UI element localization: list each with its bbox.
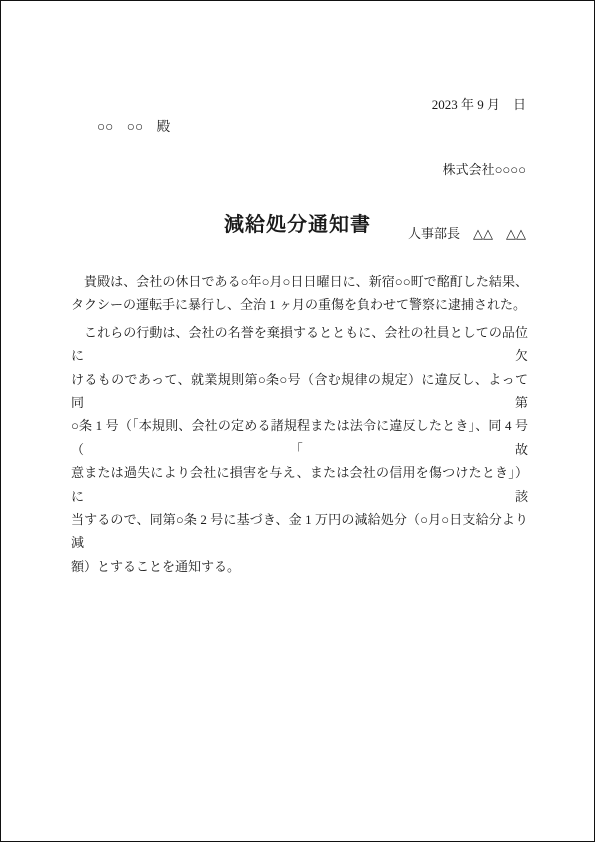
body-text-line: 額）とすることを通知する。 — [71, 555, 528, 578]
body-text-line: ○条 1 号（「本規則、会社の定める諸規程または法令に違反したとき」、同 4 号… — [71, 414, 528, 461]
recipient-line: ○○ ○○ 殿 — [97, 119, 170, 134]
body-text-line: 貴殿は、会社の休日である○年○月○日日曜日に、新宿○○町で酩酊した結果、 — [71, 270, 528, 293]
body-text-line: これらの行動は、会社の名誉を棄損するとともに、会社の社員としての品位に欠 — [71, 321, 528, 368]
document-title: 減給処分通知書 — [1, 211, 594, 239]
body-text-line: 意または過失により会社に損害を与え、または会社の信用を傷つけたとき」）に該 — [71, 461, 528, 508]
company-name-line: 株式会社○○○○ — [408, 159, 526, 181]
body-text-line: けるものであって、就業規則第○条○号（含む規律の規定）に違反し、よって同第 — [71, 368, 528, 415]
document-header: 2023 年 9 月 日 株式会社○○○○ 人事部長 △△ △△ — [408, 51, 526, 288]
date-line: 2023 年 9 月 日 — [408, 94, 526, 116]
body-text-line: タクシーの運転手に暴行し、全治 1 ヶ月の重傷を負わせて警察に逮捕された。 — [71, 293, 528, 316]
paragraph-disposition: これらの行動は、会社の名誉を棄損するとともに、会社の社員としての品位に欠 けるも… — [71, 321, 528, 578]
paragraph-incident: 貴殿は、会社の休日である○年○月○日日曜日に、新宿○○町で酩酊した結果、 タクシ… — [71, 270, 528, 317]
document-body: 貴殿は、会社の休日である○年○月○日日曜日に、新宿○○町で酩酊した結果、 タクシ… — [71, 270, 528, 578]
body-text-line: 当するので、同第○条 2 号に基づき、金 1 万円の減給処分（○月○日支給分より… — [71, 508, 528, 555]
document-page: 2023 年 9 月 日 株式会社○○○○ 人事部長 △△ △△ ○○ ○○ 殿… — [0, 0, 595, 842]
